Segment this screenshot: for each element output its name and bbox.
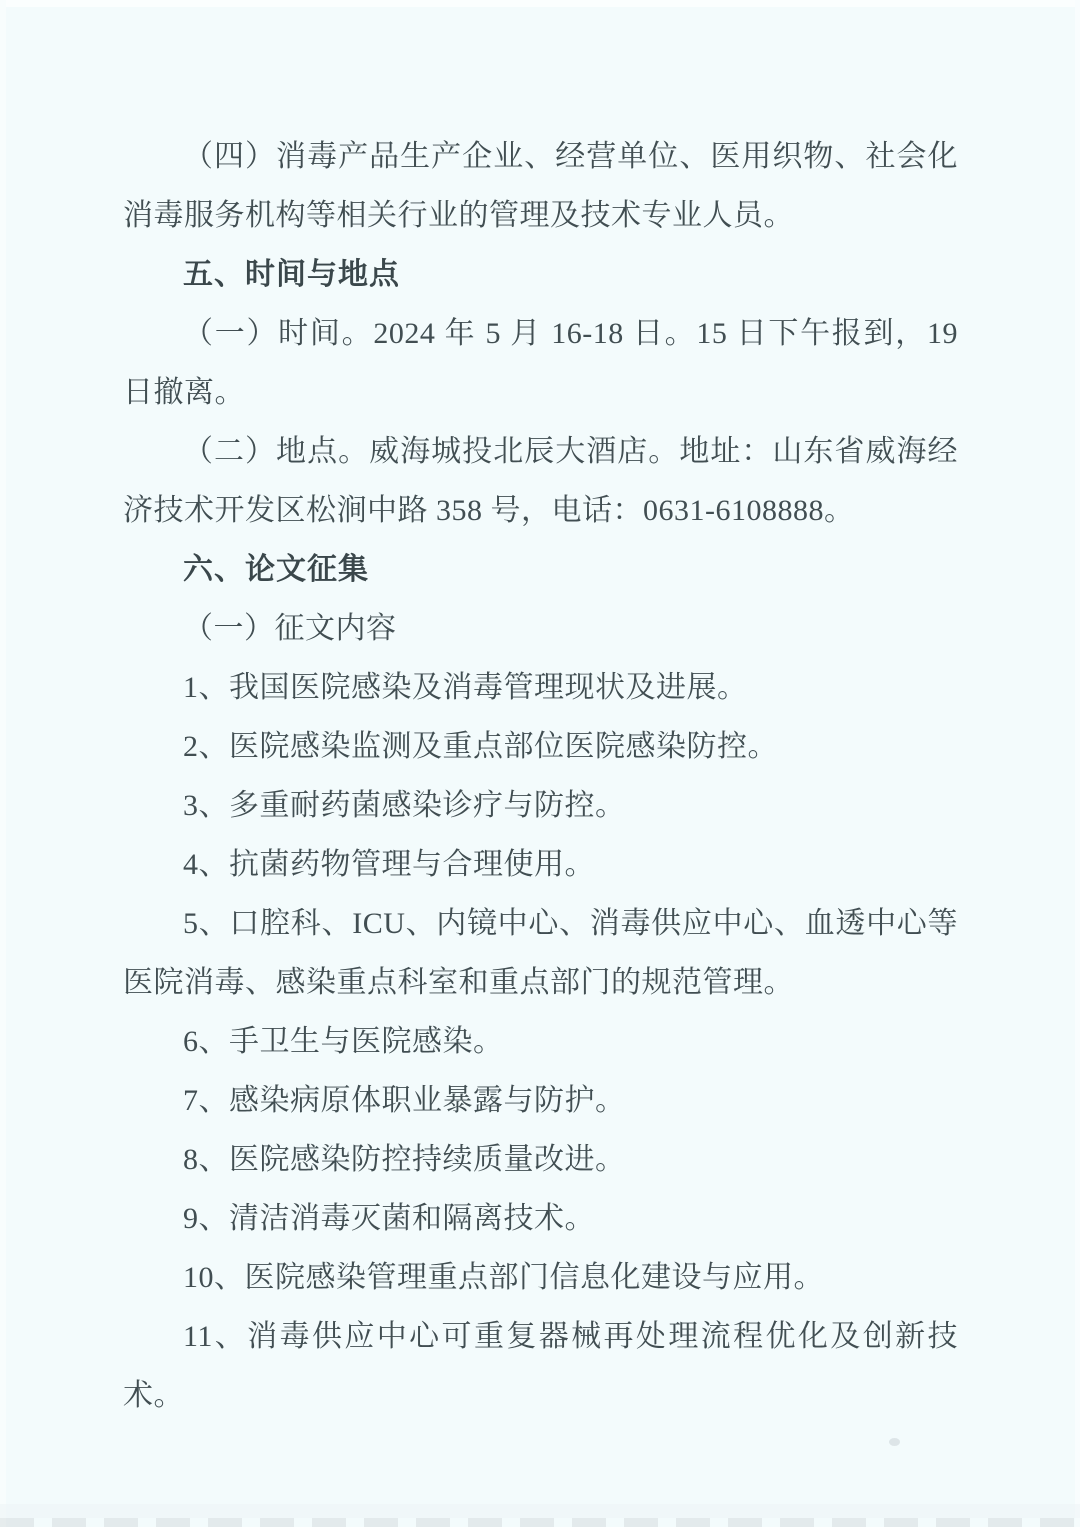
paragraph: （二）地点。威海城投北辰大酒店。地址：山东省威海经济技术开发区松涧中路 358 … xyxy=(123,422,958,540)
paragraph: （一）时间。2024 年 5 月 16-18 日。15 日下午报到，19 日撤离… xyxy=(123,304,958,422)
section-heading: 五、时间与地点 xyxy=(123,245,958,304)
paragraph: 1、我国医院感染及消毒管理现状及进展。 xyxy=(123,658,958,717)
paragraph: 5、口腔科、ICU、内镜中心、消毒供应中心、血透中心等医院消毒、感染重点科室和重… xyxy=(123,894,958,1012)
paragraph: 7、感染病原体职业暴露与防护。 xyxy=(123,1071,958,1130)
paragraph: 9、清洁消毒灭菌和隔离技术。 xyxy=(123,1189,958,1248)
paragraph: 11、消毒供应中心可重复器械再处理流程优化及创新技术。 xyxy=(123,1307,958,1425)
paragraph: （四）消毒产品生产企业、经营单位、医用织物、社会化消毒服务机构等相关行业的管理及… xyxy=(123,127,958,245)
scan-edge-right xyxy=(1075,0,1080,1527)
scan-edge-top xyxy=(0,0,1080,7)
paragraph: 4、抗菌药物管理与合理使用。 xyxy=(123,835,958,894)
paragraph: 10、医院感染管理重点部门信息化建设与应用。 xyxy=(123,1248,958,1307)
paragraph: 6、手卫生与医院感染。 xyxy=(123,1012,958,1071)
document-page: （四）消毒产品生产企业、经营单位、医用织物、社会化消毒服务机构等相关行业的管理及… xyxy=(0,0,1080,1527)
scan-edge-bottom-soft xyxy=(0,1504,1080,1518)
paragraph: 8、医院感染防控持续质量改进。 xyxy=(123,1130,958,1189)
document-body: （四）消毒产品生产企业、经营单位、医用织物、社会化消毒服务机构等相关行业的管理及… xyxy=(123,127,958,1425)
scan-edge-bottom xyxy=(0,1518,1080,1527)
paragraph: 3、多重耐药菌感染诊疗与防控。 xyxy=(123,776,958,835)
scan-edge-left xyxy=(0,0,6,1527)
section-heading: 六、论文征集 xyxy=(123,540,958,599)
paragraph: 2、医院感染监测及重点部位医院感染防控。 xyxy=(123,717,958,776)
paragraph: （一）征文内容 xyxy=(123,599,958,658)
scan-speck xyxy=(889,1438,900,1446)
